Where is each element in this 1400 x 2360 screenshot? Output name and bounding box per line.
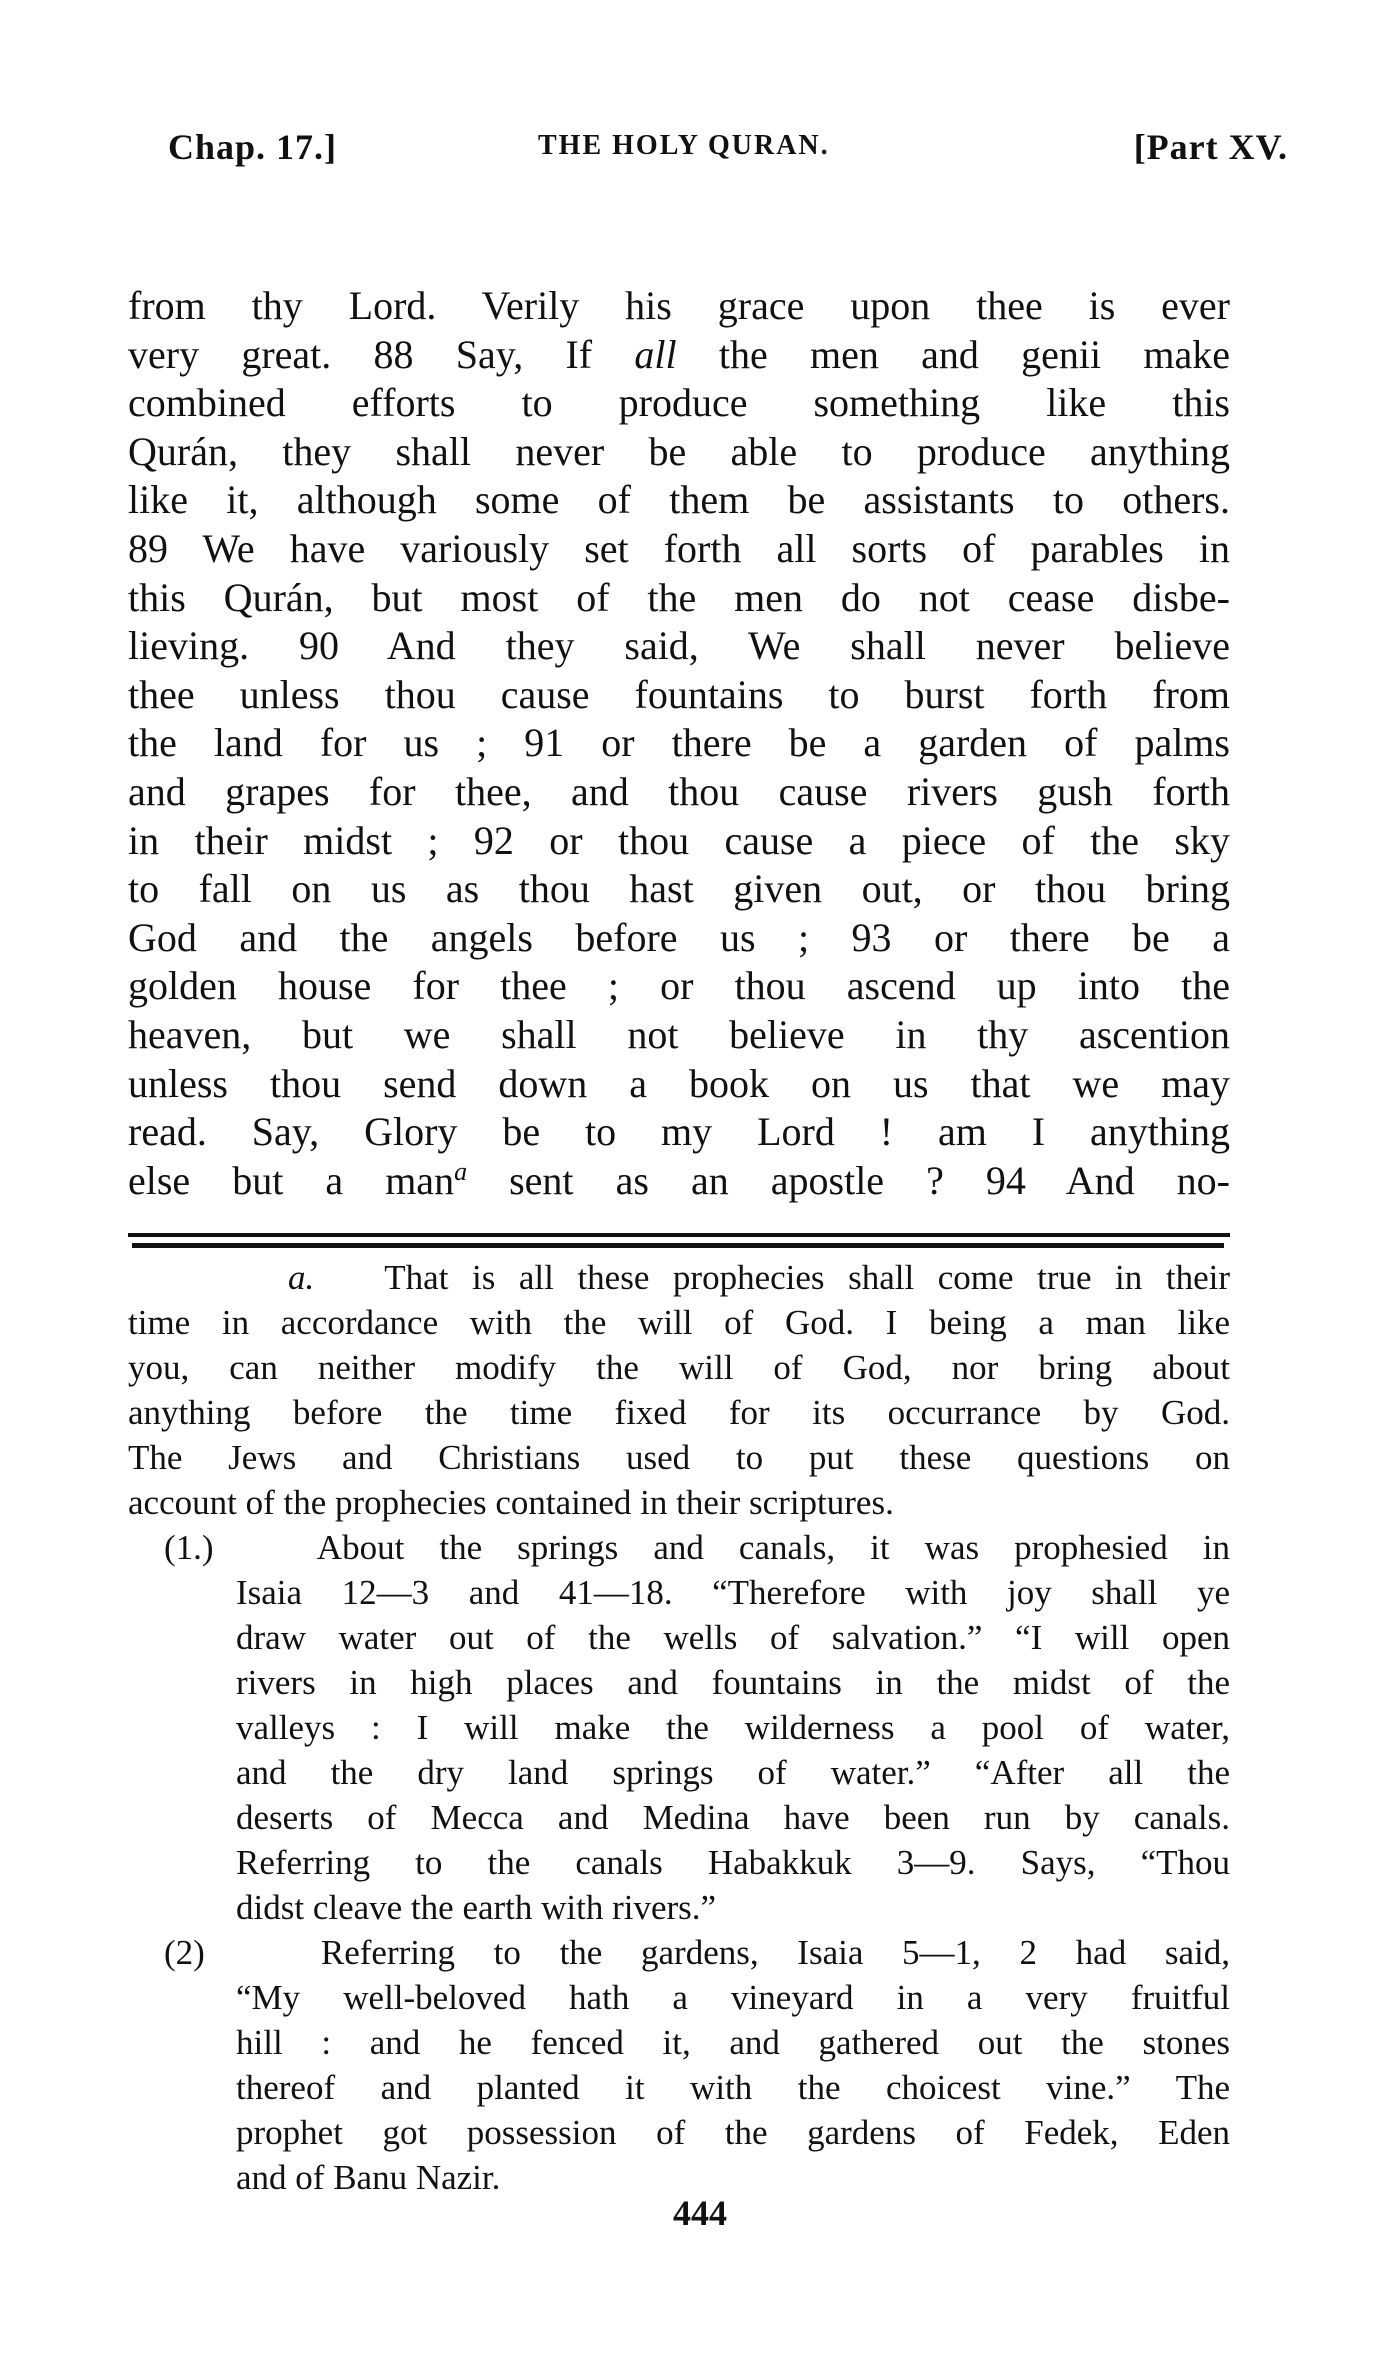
text-line: else but a mana sent as an apostle ? 94 … (128, 1157, 1230, 1206)
footnote-line: deserts of Mecca and Medina have been ru… (128, 1795, 1230, 1840)
footnote-item-label: (1.) (164, 1528, 214, 1567)
footnote-line: prophet got possession of the gardens of… (128, 2110, 1230, 2155)
footnote-line: (1.) About the springs and canals, it wa… (128, 1525, 1230, 1570)
footnote-line: rivers in high places and fountains in t… (128, 1660, 1230, 1705)
text-line: thee unless thou cause fountains to burs… (128, 671, 1230, 720)
footnote-line: you, can neither modify the will of God,… (128, 1345, 1230, 1390)
text-line: from thy Lord. Verily his grace upon the… (128, 282, 1230, 331)
footnote-line: valleys : I will make the wilderness a p… (128, 1705, 1230, 1750)
text-line: and grapes for thee, and thou cause rive… (128, 768, 1230, 817)
part-label: [Part XV. (1134, 126, 1288, 168)
text-line: very great. 88 Say, If all the men and g… (128, 331, 1230, 380)
footnote-line: The Jews and Christians used to put thes… (128, 1435, 1230, 1480)
emphasis: all (634, 332, 676, 377)
footnote-item-label: (2) (164, 1933, 205, 1972)
text-line: unless thou send down a book on us that … (128, 1060, 1230, 1109)
text-line: the land for us ; 91 or there be a garde… (128, 719, 1230, 768)
text-line: read. Say, Glory be to my Lord ! am I an… (128, 1108, 1230, 1157)
footnote-line: Isaia 12—3 and 41—18. “Therefore with jo… (128, 1570, 1230, 1615)
footnote-label: a. (288, 1258, 314, 1297)
footnote-divider (128, 1233, 1230, 1237)
text-line: Qurán, they shall never be able to produ… (128, 428, 1230, 477)
chapter-label: Chap. 17.] (168, 126, 337, 168)
footnote-line: anything before the time fixed for its o… (128, 1390, 1230, 1435)
text-line: God and the angels before us ; 93 or the… (128, 914, 1230, 963)
text-line: in their midst ; 92 or thou cause a piec… (128, 817, 1230, 866)
text-line: combined efforts to produce something li… (128, 379, 1230, 428)
text-line: this Qurán, but most of the men do not c… (128, 574, 1230, 623)
footnote-line: “My well-beloved hath a vineyard in a ve… (128, 1975, 1230, 2020)
scanned-book-page: Chap. 17.] THE HOLY QURAN. [Part XV. fro… (0, 0, 1400, 2360)
footnote-line: thereof and planted it with the choicest… (128, 2065, 1230, 2110)
text-line: 89 We have variously set forth all sorts… (128, 525, 1230, 574)
footnote-line: draw water out of the wells of salvation… (128, 1615, 1230, 1660)
footnote-line: hill : and he fenced it, and gathered ou… (128, 2020, 1230, 2065)
running-head: Chap. 17.] THE HOLY QURAN. [Part XV. (168, 126, 1288, 176)
text-line: like it, although some of them be assist… (128, 476, 1230, 525)
text-line: to fall on us as thou hast given out, or… (128, 865, 1230, 914)
footnote-line: a. That is all these prophecies shall co… (128, 1255, 1230, 1300)
main-text-block: from thy Lord. Verily his grace upon the… (128, 282, 1230, 1205)
footnote-line: (2) Referring to the gardens, Isaia 5—1,… (128, 1930, 1230, 1975)
text-line: heaven, but we shall not believe in thy … (128, 1011, 1230, 1060)
text-line: lieving. 90 And they said, We shall neve… (128, 622, 1230, 671)
book-title: THE HOLY QURAN. (538, 130, 830, 162)
footnote-line: account of the prophecies contained in t… (128, 1480, 1230, 1525)
footnotes-block: a. That is all these prophecies shall co… (128, 1255, 1230, 2200)
footnote-reference[interactable]: a (454, 1157, 467, 1186)
footnote-line: Referring to the canals Habakkuk 3—9. Sa… (128, 1840, 1230, 1885)
text-line: golden house for thee ; or thou ascend u… (128, 962, 1230, 1011)
footnote-line: time in accordance with the will of God.… (128, 1300, 1230, 1345)
footnote-divider (132, 1243, 1224, 1248)
footnote-line: and the dry land springs of water.” “Aft… (128, 1750, 1230, 1795)
footnote-line: didst cleave the earth with rivers.” (128, 1885, 1230, 1930)
page-number: 444 (0, 2192, 1400, 2234)
